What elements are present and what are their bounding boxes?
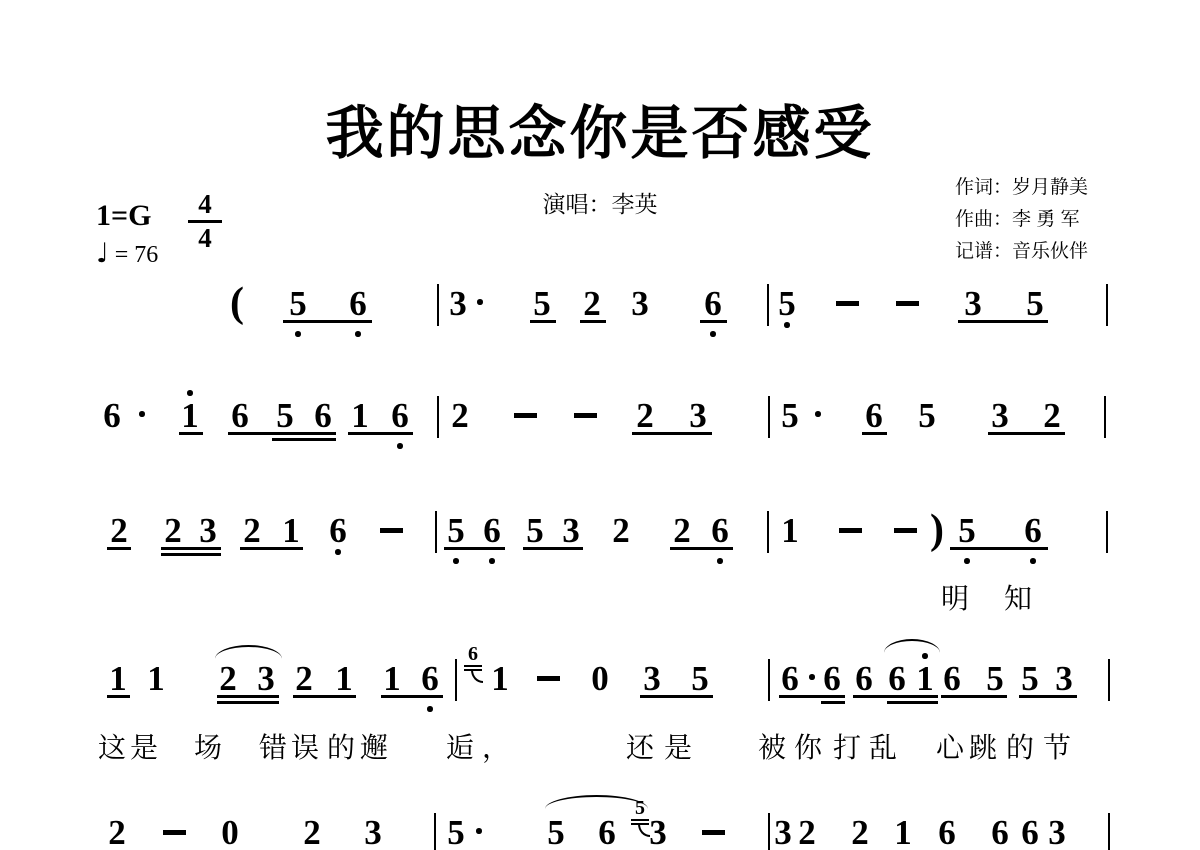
- lyric-char: 跳: [969, 726, 997, 766]
- jianpu-note: 6: [991, 815, 1009, 850]
- lyric-char: 乱: [869, 726, 897, 766]
- jianpu-note: 5: [533, 286, 551, 322]
- jianpu-note: 2: [303, 815, 321, 850]
- octave-dot: [489, 558, 495, 564]
- octave-dot: [187, 390, 193, 396]
- jianpu-note: 1: [282, 513, 300, 549]
- beam-line: [107, 547, 131, 550]
- barline: [455, 659, 457, 701]
- lyric-char: 知: [1004, 577, 1032, 617]
- octave-dot: [397, 443, 403, 449]
- grace-tie-hook: [638, 824, 650, 837]
- jianpu-note: 5: [986, 661, 1004, 697]
- jianpu-note: 3: [689, 398, 707, 434]
- octave-dot: [427, 706, 433, 712]
- slur-arc: [215, 645, 282, 659]
- beam-line: [941, 695, 1007, 698]
- lyric-char: 的: [1006, 726, 1034, 766]
- jianpu-note: 6: [781, 661, 799, 697]
- jianpu-note: 2: [295, 661, 313, 697]
- dash-note: [514, 413, 537, 418]
- jianpu-note: 1: [335, 661, 353, 697]
- grace-note: 5: [629, 798, 651, 838]
- jianpu-note: 3: [631, 286, 649, 322]
- jianpu-note: 5: [691, 661, 709, 697]
- jianpu-note: 5: [781, 398, 799, 434]
- jianpu-note: 1: [894, 815, 912, 850]
- jianpu-note: 2: [164, 513, 182, 549]
- credit-lyricist: 作词：岁月静美: [955, 172, 1088, 204]
- octave-dot: [1030, 558, 1036, 564]
- octave-dot: [710, 331, 716, 337]
- jianpu-note: 2: [851, 815, 869, 850]
- lyric-char: 节: [1043, 726, 1071, 766]
- jianpu-note: 0: [591, 661, 609, 697]
- jianpu-note: 6: [888, 661, 906, 697]
- jianpu-note: 6: [943, 661, 961, 697]
- jianpu-note: 3: [774, 815, 792, 850]
- beam-line: [958, 320, 1048, 323]
- jianpu-note: 6: [421, 661, 439, 697]
- augmentation-dot: [477, 299, 483, 305]
- lyric-char: 的: [327, 726, 355, 766]
- barline: [437, 284, 439, 326]
- dash-note: [537, 676, 560, 681]
- octave-dot: [355, 331, 361, 337]
- beam-line: [179, 432, 203, 435]
- jianpu-note: 6: [823, 661, 841, 697]
- grace-tie-hook: [471, 670, 483, 683]
- beam-line: [293, 695, 356, 698]
- beam-line: [217, 701, 279, 704]
- beam-line: [632, 432, 712, 435]
- beam-line: [348, 432, 413, 435]
- jianpu-note: 6: [483, 513, 501, 549]
- beam-line: [580, 320, 606, 323]
- jianpu-note: 6: [711, 513, 729, 549]
- augmentation-dot: [476, 828, 482, 834]
- dash-note: [380, 528, 403, 533]
- grace-note-digit: 5: [629, 798, 651, 819]
- jianpu-note: 1: [351, 398, 369, 434]
- beam-line: [283, 320, 372, 323]
- beam-line: [444, 547, 505, 550]
- jianpu-note: 5: [547, 815, 565, 850]
- lyric-char: 是: [664, 726, 692, 766]
- barline: [768, 659, 770, 701]
- jianpu-note: 3: [964, 286, 982, 322]
- jianpu-note: 6: [349, 286, 367, 322]
- time-signature: 4 4: [188, 189, 222, 254]
- barline: [1106, 284, 1108, 326]
- jianpu-note: 2: [219, 661, 237, 697]
- grace-note: 6: [462, 644, 484, 684]
- lyric-char: 被: [758, 726, 786, 766]
- jianpu-note: 5: [447, 815, 465, 850]
- barline: [437, 396, 439, 438]
- barline: [768, 813, 770, 850]
- slur-arc: [884, 639, 940, 653]
- jianpu-note: 5: [958, 513, 976, 549]
- augmentation-dot: [815, 411, 821, 417]
- lyric-char: 场: [194, 726, 222, 766]
- jianpu-note: 6: [865, 398, 883, 434]
- jianpu-note: 2: [583, 286, 601, 322]
- dash-note: [702, 830, 725, 835]
- jianpu-note: 0: [221, 815, 239, 850]
- lyric-char: 这: [98, 726, 126, 766]
- dash-note: [839, 528, 862, 533]
- octave-dot: [784, 322, 790, 328]
- barline: [435, 511, 437, 553]
- jianpu-note: 5: [778, 286, 796, 322]
- beam-line: [853, 695, 938, 698]
- grace-note-digit: 6: [462, 644, 484, 665]
- lyric-char: 是: [130, 726, 158, 766]
- beam-line: [988, 432, 1065, 435]
- jianpu-note: 2: [636, 398, 654, 434]
- octave-dot: [295, 331, 301, 337]
- jianpu-note: 6: [598, 815, 616, 850]
- beam-line: [779, 695, 845, 698]
- jianpu-note: 2: [243, 513, 261, 549]
- key-signature: 1=G: [96, 199, 151, 233]
- jianpu-note: 2: [1043, 398, 1061, 434]
- beam-line: [887, 701, 938, 704]
- lyric-char: 明: [941, 577, 969, 617]
- parenthesis: ): [930, 508, 944, 552]
- beam-line: [530, 320, 556, 323]
- lyric-char: ，: [482, 726, 510, 766]
- beam-line: [670, 547, 733, 550]
- jianpu-note: 5: [918, 398, 936, 434]
- octave-dot: [964, 558, 970, 564]
- jianpu-note: 6: [391, 398, 409, 434]
- beam-line: [228, 432, 336, 435]
- jianpu-note: 1: [383, 661, 401, 697]
- time-numerator: 4: [188, 189, 222, 220]
- jianpu-note: 3: [1048, 815, 1066, 850]
- jianpu-note: 1: [916, 661, 934, 697]
- beam-line: [107, 695, 130, 698]
- jianpu-note: 6: [938, 815, 956, 850]
- jianpu-note: 3: [991, 398, 1009, 434]
- jianpu-note: 6: [1021, 815, 1039, 850]
- lyric-char: 心: [936, 726, 964, 766]
- dash-note: [894, 528, 917, 533]
- jianpu-note: 3: [449, 286, 467, 322]
- credits-block: 作词：岁月静美 作曲：李 勇 军 记谱：音乐伙伴: [955, 172, 1088, 268]
- octave-dot: [717, 558, 723, 564]
- credit-composer: 作曲：李 勇 军: [955, 204, 1088, 236]
- beam-line: [161, 547, 221, 550]
- jianpu-note: 1: [181, 398, 199, 434]
- time-denominator: 4: [188, 223, 222, 254]
- octave-dot: [453, 558, 459, 564]
- jianpu-note: 2: [798, 815, 816, 850]
- lyric-char: 打: [833, 726, 861, 766]
- dash-note: [163, 830, 186, 835]
- sheet-music-page: 我的思念你是否感受 演唱：李英 作词：岁月静美 作曲：李 勇 军 记谱：音乐伙伴…: [0, 0, 1200, 850]
- jianpu-note: 3: [364, 815, 382, 850]
- jianpu-note: 5: [289, 286, 307, 322]
- lyric-char: 逅: [446, 726, 474, 766]
- jianpu-note: 6: [329, 513, 347, 549]
- jianpu-note: 3: [199, 513, 217, 549]
- barline: [1108, 659, 1110, 701]
- jianpu-note: 2: [673, 513, 691, 549]
- tempo-value: = 76: [115, 242, 159, 268]
- jianpu-note: 3: [1055, 661, 1073, 697]
- beam-line: [161, 553, 221, 556]
- jianpu-note: 6: [1024, 513, 1042, 549]
- jianpu-note: 6: [103, 398, 121, 434]
- jianpu-note: 3: [562, 513, 580, 549]
- barline: [1106, 511, 1108, 553]
- barline: [767, 511, 769, 553]
- beam-line: [1019, 695, 1077, 698]
- jianpu-note: 5: [1021, 661, 1039, 697]
- barline: [1104, 396, 1106, 438]
- lyric-char: 错: [259, 726, 287, 766]
- octave-dot: [922, 653, 928, 659]
- grace-beam: [464, 665, 482, 667]
- page-title: 我的思念你是否感受: [0, 86, 1200, 170]
- jianpu-note: 2: [612, 513, 630, 549]
- tempo-marking: ♩ = 76: [96, 238, 158, 269]
- jianpu-note: 1: [109, 661, 127, 697]
- barline: [434, 813, 436, 850]
- jianpu-note: 2: [108, 815, 126, 850]
- jianpu-note: 3: [643, 661, 661, 697]
- octave-dot: [335, 549, 341, 555]
- jianpu-note: 6: [704, 286, 722, 322]
- jianpu-note: 6: [231, 398, 249, 434]
- jianpu-note: 2: [451, 398, 469, 434]
- jianpu-note: 5: [526, 513, 544, 549]
- beam-line: [950, 547, 1048, 550]
- jianpu-note: 5: [1026, 286, 1044, 322]
- beam-line: [700, 320, 727, 323]
- jianpu-note: 5: [447, 513, 465, 549]
- jianpu-note: 2: [110, 513, 128, 549]
- jianpu-note: 1: [147, 661, 165, 697]
- barline: [767, 284, 769, 326]
- augmentation-dot: [809, 674, 815, 680]
- lyric-char: 邂: [360, 726, 388, 766]
- beam-line: [240, 547, 303, 550]
- beam-line: [272, 438, 336, 441]
- jianpu-note: 1: [491, 661, 509, 697]
- beam-line: [523, 547, 583, 550]
- beam-line: [862, 432, 887, 435]
- lyric-char: 误: [291, 726, 319, 766]
- augmentation-dot: [139, 411, 145, 417]
- jianpu-note: 3: [649, 815, 667, 850]
- jianpu-note: 1: [781, 513, 799, 549]
- quarter-note-icon: ♩: [96, 238, 109, 269]
- barline: [768, 396, 770, 438]
- lyric-char: 还: [626, 726, 654, 766]
- barline: [1108, 813, 1110, 850]
- jianpu-note: 6: [855, 661, 873, 697]
- beam-line: [381, 695, 443, 698]
- lyric-char: 你: [794, 726, 822, 766]
- jianpu-note: 3: [257, 661, 275, 697]
- beam-line: [217, 695, 279, 698]
- beam-line: [821, 701, 845, 704]
- grace-beam: [631, 819, 649, 821]
- parenthesis: (: [230, 281, 244, 325]
- dash-note: [836, 301, 859, 306]
- jianpu-note: 6: [314, 398, 332, 434]
- dash-note: [896, 301, 919, 306]
- beam-line: [640, 695, 713, 698]
- dash-note: [574, 413, 597, 418]
- credit-transcriber: 记谱：音乐伙伴: [955, 236, 1088, 268]
- jianpu-note: 5: [276, 398, 294, 434]
